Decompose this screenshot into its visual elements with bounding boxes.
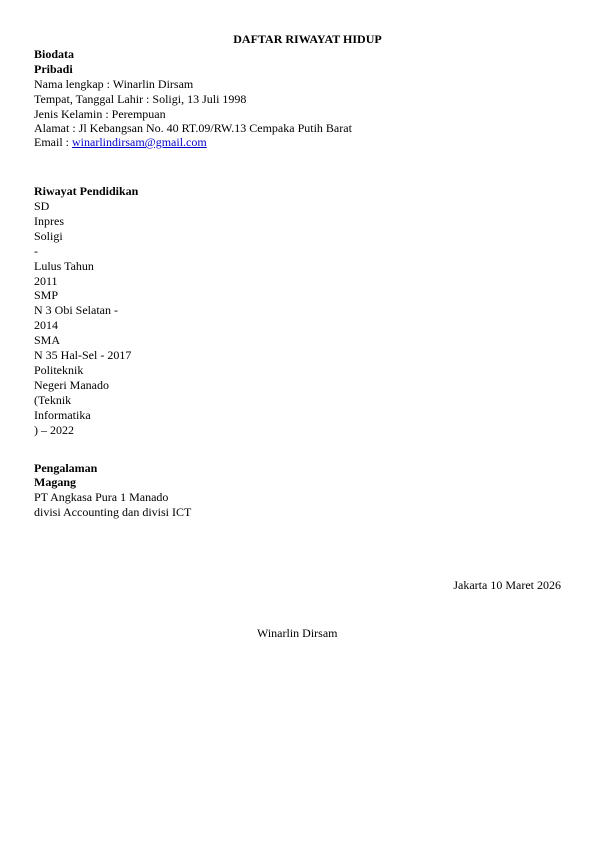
education-line: ) – 2022: [34, 423, 74, 438]
signature-name: Winarlin Dirsam: [257, 626, 338, 641]
education-line: Inpres: [34, 214, 64, 229]
education-line: 2011: [34, 274, 58, 289]
email-link[interactable]: winarlindirsam@gmail.com: [72, 135, 207, 149]
experience-subheading: Magang: [34, 475, 76, 490]
address-line: Alamat : Jl Kebangsan No. 40 RT.09/RW.13…: [34, 121, 352, 136]
education-line: N 35 Hal-Sel - 2017: [34, 348, 131, 363]
document-page: DAFTAR RIWAYAT HIDUP Biodata Pribadi Nam…: [0, 0, 595, 842]
education-line: (Teknik: [34, 393, 71, 408]
experience-heading: Pengalaman: [34, 461, 97, 476]
experience-company: PT Angkasa Pura 1 Manado: [34, 490, 168, 505]
email-line: Email : winarlindirsam@gmail.com: [34, 135, 207, 150]
education-line: SMP: [34, 288, 58, 303]
education-heading: Riwayat Pendidikan: [34, 184, 138, 199]
education-line: Negeri Manado: [34, 378, 109, 393]
place-date: Jakarta 10 Maret 2026: [453, 578, 561, 593]
biodata-subheading: Pribadi: [34, 62, 73, 77]
birth-line: Tempat, Tanggal Lahir : Soligi, 13 Juli …: [34, 92, 246, 107]
biodata-heading: Biodata: [34, 47, 74, 62]
education-line: 2014: [34, 318, 58, 333]
education-line: Soligi: [34, 229, 63, 244]
education-line: Informatika: [34, 408, 91, 423]
full-name-line: Nama lengkap : Winarlin Dirsam: [34, 77, 193, 92]
education-line: -: [34, 244, 38, 259]
education-line: Lulus Tahun: [34, 259, 94, 274]
gender-line: Jenis Kelamin : Perempuan: [34, 107, 166, 122]
education-line: SMA: [34, 333, 60, 348]
education-line: SD: [34, 199, 49, 214]
email-label: Email :: [34, 135, 72, 149]
experience-division: divisi Accounting dan divisi ICT: [34, 505, 191, 520]
document-title: DAFTAR RIWAYAT HIDUP: [0, 32, 595, 47]
education-line: Politeknik: [34, 363, 83, 378]
education-line: N 3 Obi Selatan -: [34, 303, 118, 318]
